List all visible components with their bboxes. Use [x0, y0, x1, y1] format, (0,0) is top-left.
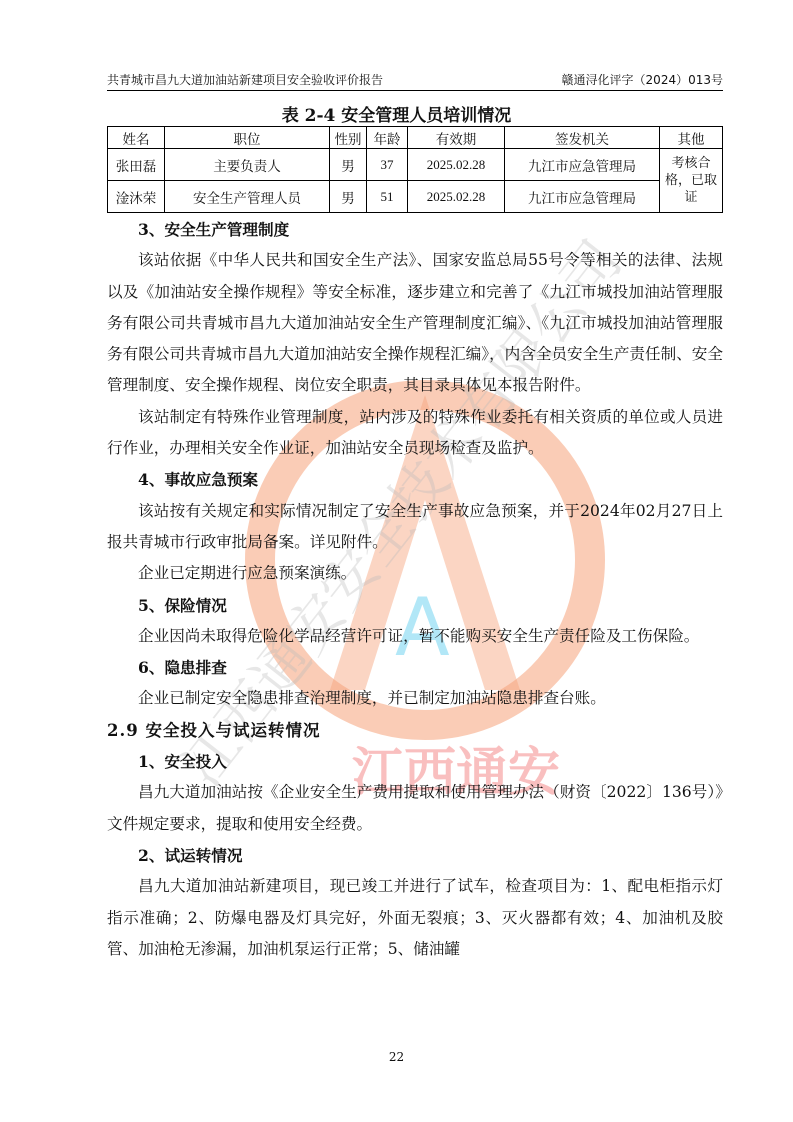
table-caption: 表 2-4 安全管理人员培训情况: [0, 101, 793, 126]
report-title: 共青城市昌九大道加油站新建项目安全验收评价报告: [107, 71, 383, 88]
page-number: 22: [0, 1050, 793, 1064]
cell-other: 考核合格，已取证: [660, 149, 723, 213]
cell-position: 主要负责人: [165, 149, 330, 181]
chapter-heading: 2.9 安全投入与试运转情况: [107, 715, 723, 746]
section-heading: 5、保险情况: [107, 590, 723, 621]
paragraph: 企业已定期进行应急预案演练。: [107, 558, 723, 589]
page-header: 共青城市昌九大道加油站新建项目安全验收评价报告 赣通浔化评字（2024）013号: [107, 66, 723, 91]
paragraph: 该站按有关规定和实际情况制定了安全生产事故应急预案，并于2024年02月27日上…: [107, 496, 723, 559]
paragraph: 昌九大道加油站按《企业安全生产费用提取和使用管理办法（财资〔2022〕136号）…: [107, 777, 723, 840]
table-row: 张田磊 主要负责人 男 37 2025.02.28 九江市应急管理局 考核合格，…: [108, 149, 723, 181]
paragraph: 该站制定有特殊作业管理制度，站内涉及的特殊作业委托有相关资质的单位或人员进行作业…: [107, 402, 723, 465]
col-issuer: 签发机关: [505, 127, 660, 149]
training-table: 姓名 职位 性别 年龄 有效期 签发机关 其他 张田磊 主要负责人 男 37 2…: [107, 126, 723, 213]
section-heading: 4、事故应急预案: [107, 464, 723, 495]
paragraph: 该站依据《中华人民共和国安全生产法》、国家安监总局55号令等相关的法律、法规以及…: [107, 245, 723, 401]
col-other: 其他: [660, 127, 723, 149]
cell-issuer: 九江市应急管理局: [505, 181, 660, 213]
table-header-row: 姓名 职位 性别 年龄 有效期 签发机关 其他: [108, 127, 723, 149]
section-heading: 1、安全投入: [107, 746, 723, 777]
col-valid: 有效期: [408, 127, 505, 149]
section-heading: 2、试运转情况: [107, 840, 723, 871]
cell-position: 安全生产管理人员: [165, 181, 330, 213]
col-gender: 性别: [330, 127, 367, 149]
col-age: 年龄: [367, 127, 408, 149]
col-name: 姓名: [108, 127, 165, 149]
paragraph: 企业因尚未取得危险化学品经营许可证，暂不能购买安全生产责任险及工伤保险。: [107, 621, 723, 652]
cell-name: 淦沐荣: [108, 181, 165, 213]
cell-age: 51: [367, 181, 408, 213]
section-heading: 6、隐患排查: [107, 652, 723, 683]
table-row: 淦沐荣 安全生产管理人员 男 51 2025.02.28 九江市应急管理局: [108, 181, 723, 213]
cell-valid: 2025.02.28: [408, 181, 505, 213]
cell-valid: 2025.02.28: [408, 149, 505, 181]
paragraph: 企业已制定安全隐患排查治理制度，并已制定加油站隐患排查台账。: [107, 683, 723, 714]
col-position: 职位: [165, 127, 330, 149]
cell-age: 37: [367, 149, 408, 181]
report-number: 赣通浔化评字（2024）013号: [562, 71, 723, 88]
cell-gender: 男: [330, 149, 367, 181]
cell-gender: 男: [330, 181, 367, 213]
section-heading: 3、安全生产管理制度: [107, 214, 723, 245]
cell-name: 张田磊: [108, 149, 165, 181]
paragraph: 昌九大道加油站新建项目，现已竣工并进行了试车，检查项目为：1、配电柜指示灯指示准…: [107, 871, 723, 965]
cell-issuer: 九江市应急管理局: [505, 149, 660, 181]
document-body: 3、安全生产管理制度 该站依据《中华人民共和国安全生产法》、国家安监总局55号令…: [107, 214, 723, 965]
